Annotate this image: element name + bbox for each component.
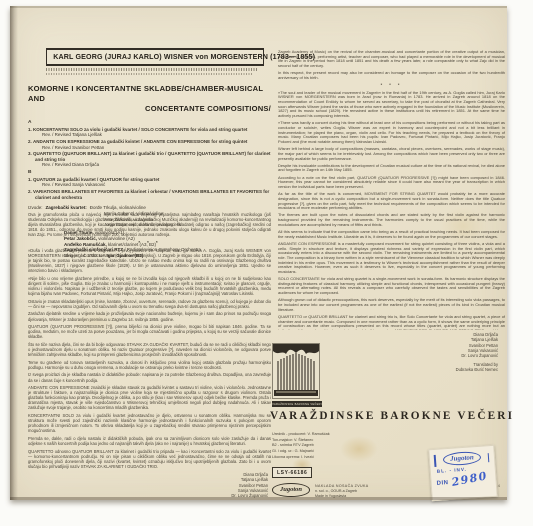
festival-heading: VARAŽDINSKE BAROKNE VEČERI (270, 410, 511, 422)
paragraph: Ostavio je znatan skladateljski opus (mi… (28, 299, 271, 309)
paragraph: As far as the title of the work is conce… (278, 192, 505, 211)
paragraph: Iz svega proizlazi da je skladba nastala… (28, 372, 271, 382)
paragraph: »There was hardly a concert during his t… (278, 121, 505, 144)
side-b-items: 1. QUATUOR za gudački kvartet / QUATUOR … (28, 177, 271, 200)
paragraph: Wisner left behind a large body of compo… (278, 147, 505, 161)
paragraph: »The soul and leader of the musical move… (278, 91, 505, 119)
side-a-label: A (28, 120, 271, 126)
section-separator: * * * (28, 240, 271, 245)
track-number: 3. (28, 151, 32, 156)
composer-title: KARL GEORG (JURAJ KARLO) WISNER von MORG… (53, 52, 257, 61)
organ-pipes-emblem-icon (272, 343, 320, 399)
subtitle-line-1: KOMORNE I KONCERTANTNE SKLADBE/CHAMBER-M… (28, 84, 271, 104)
jugoton-sticker-logo: Jugoton (443, 451, 482, 467)
paragraph: Zaslužan djelatnik sredine u vrijeme kad… (28, 311, 271, 321)
paragraph: »Nije bilo u ono vrijeme glazbene prired… (28, 276, 271, 296)
small-print-rule (46, 73, 252, 76)
paragraph: The themes are built upon the notes of d… (278, 213, 505, 227)
track-item: 1. QUATUOR za gudački kvartet / QUATUOR … (28, 177, 271, 188)
album-back-cover: KARL GEORG (JURAJ KARLO) WISNER von MORG… (10, 6, 507, 500)
side-a-items: 1. KONCERTANTNI SOLO za violu i gudački … (28, 127, 271, 168)
sticker-mark (487, 453, 489, 462)
track-item: 3. QUARTETTO (QUATUOR BRILLANT) za klari… (28, 151, 271, 167)
authors-signatures-left: Diana DrljačaTatjana LjelšakSvanibor Pet… (28, 472, 268, 499)
paragraph: Teme su građene od tonova rastavljenih s… (28, 360, 271, 370)
track-revision: Rev. / Revised Tatjana Ljelšak (35, 132, 271, 137)
track-item: 2. VARIATIONS BRILLANTES ET FAVORITES za… (28, 189, 271, 200)
liner-notes-croatian: Ova je gramofonska ploča u najvećoj mjer… (28, 212, 271, 470)
paragraph: All this seems to indicate that the comp… (278, 230, 505, 239)
festival-logo-bar: VARAŽDINSKE BAROKNE VEČERI (272, 401, 322, 407)
sticker-price-line: DIN 2980 (436, 471, 496, 488)
paragraph: Što se tiče naziva djela, čini se da bi … (28, 342, 271, 357)
jugoton-logo: Jugoton (272, 483, 310, 497)
track-item: 1. KONCERTANTNI SOLO za violu i gudački … (28, 127, 271, 138)
paragraph: According to a note on the first violin … (278, 176, 505, 190)
paragraph: Zagreb Academy of Music) on the revival … (278, 50, 505, 69)
spine-shadow (10, 6, 18, 500)
quartet-member: Đorđe Trkulja, violina/violine (90, 205, 146, 211)
track-revision: Rev. / Revised Sanja Vukasović (35, 182, 271, 187)
paragraph: QUARTETTO or QUATUOR BRILLANT for clarin… (278, 315, 505, 330)
track-revision: Rev. / Revised Diana Drljača (35, 162, 271, 167)
paragraph: Despite his invaluable contributions to … (278, 164, 505, 173)
sticker-mark (434, 455, 436, 467)
price-sticker: Jugoton BL. - INV. DIN 2980 (428, 445, 497, 501)
credit-line: Likovna oprema: I. Ivezić (272, 455, 330, 461)
paragraph: »Duša i vođa glazbenoga pokreta u Zagreb… (28, 248, 271, 273)
stain (340, 436, 378, 462)
track-title: QUARTETTO (QUATUOR BRILLANT) za klarinet… (33, 151, 270, 161)
subtitle-line-2: CONCERTANTE COMPOSITIONS/ (28, 104, 271, 114)
small-print-rule (46, 68, 258, 71)
paragraph: ANDANTE CON ESPRESSIONE znalački je skla… (28, 385, 271, 410)
paragraph: SOLO CONCERTANTE for viola and string qu… (278, 277, 505, 296)
paragraph: KONCERTANTNI SOLO za violu i gudački kva… (28, 413, 271, 433)
section-separator: * * * (278, 83, 505, 88)
track-number: 2. (28, 189, 32, 194)
catalog-number: LSY-66186 (272, 467, 312, 478)
track-title: QUATUOR za gudački kvartet / QUATUOR for… (33, 177, 159, 182)
track-revision: Rev. / Revised Svanibor Pettan (35, 145, 271, 150)
bottom-edge-shadow (10, 497, 507, 500)
composer-title-box: KARL GEORG (JURAJ KARLO) WISNER von MORG… (46, 48, 264, 66)
top-edge (10, 6, 507, 8)
paragraph: Ova je gramofonska ploča u najvećoj mjer… (28, 212, 271, 237)
side-b-label: B (28, 170, 271, 176)
production-credits: Urednik - producent: V. RamušćakTon-majs… (272, 432, 330, 460)
track-number: 1. (28, 177, 32, 182)
liner-notes-english: Zagreb Academy of Music) on the revival … (278, 50, 505, 330)
credit-line: Urednik - producent: V. Ramušćak (272, 432, 330, 438)
quartet-name: Zagrebački kvartet: (46, 205, 87, 211)
croatian-paragraphs: »Duša i vođa glazbenoga pokreta u Zagreb… (28, 248, 271, 470)
track-title: KONCERTANTNI SOLO za violu i gudački kva… (33, 127, 247, 132)
album-subtitle: KOMORNE I KONCERTANTNE SKLADBE/CHAMBER-M… (28, 84, 271, 114)
currency-label: DIN (436, 480, 448, 487)
tracklist: A 1. KONCERTANTNI SOLO za violu i gudačk… (28, 120, 271, 200)
paragraph: In this respect, the present record may … (278, 71, 505, 80)
paragraph: Although grown out of didactic preoccupa… (278, 298, 505, 312)
track-number: 2. (28, 139, 32, 144)
corner-mark: 4 (498, 483, 500, 488)
paragraph: QUARTETTO odnosno QUATUOR BRILLANT za kl… (28, 449, 271, 469)
track-item: 2. ANDANTE CON ESPRESSIONE za gudački kv… (28, 139, 271, 150)
paragraph: Premda se, dakle, radi o djelu nastalu i… (28, 436, 271, 446)
track-number: 1. (28, 127, 32, 132)
track-title: ANDANTE CON ESPRESSIONE za gudački kvint… (33, 139, 247, 144)
english-paragraphs: »The soul and leader of the musical move… (278, 91, 505, 330)
paragraph: ANDANTE CON ESPRESSIONE is a masterfully… (278, 242, 505, 275)
track-title: VARIATIONS BRILLANTES ET FAVORITES za kl… (33, 189, 269, 199)
festival-logo-bar-text: VARAŽDINSKE BAROKNE VEČERI (272, 403, 322, 406)
paragraph: QUATUOR (QUATUOR PROGRESSIVE [?]), prema… (28, 324, 271, 339)
performers-label: Izvode: (28, 205, 43, 211)
